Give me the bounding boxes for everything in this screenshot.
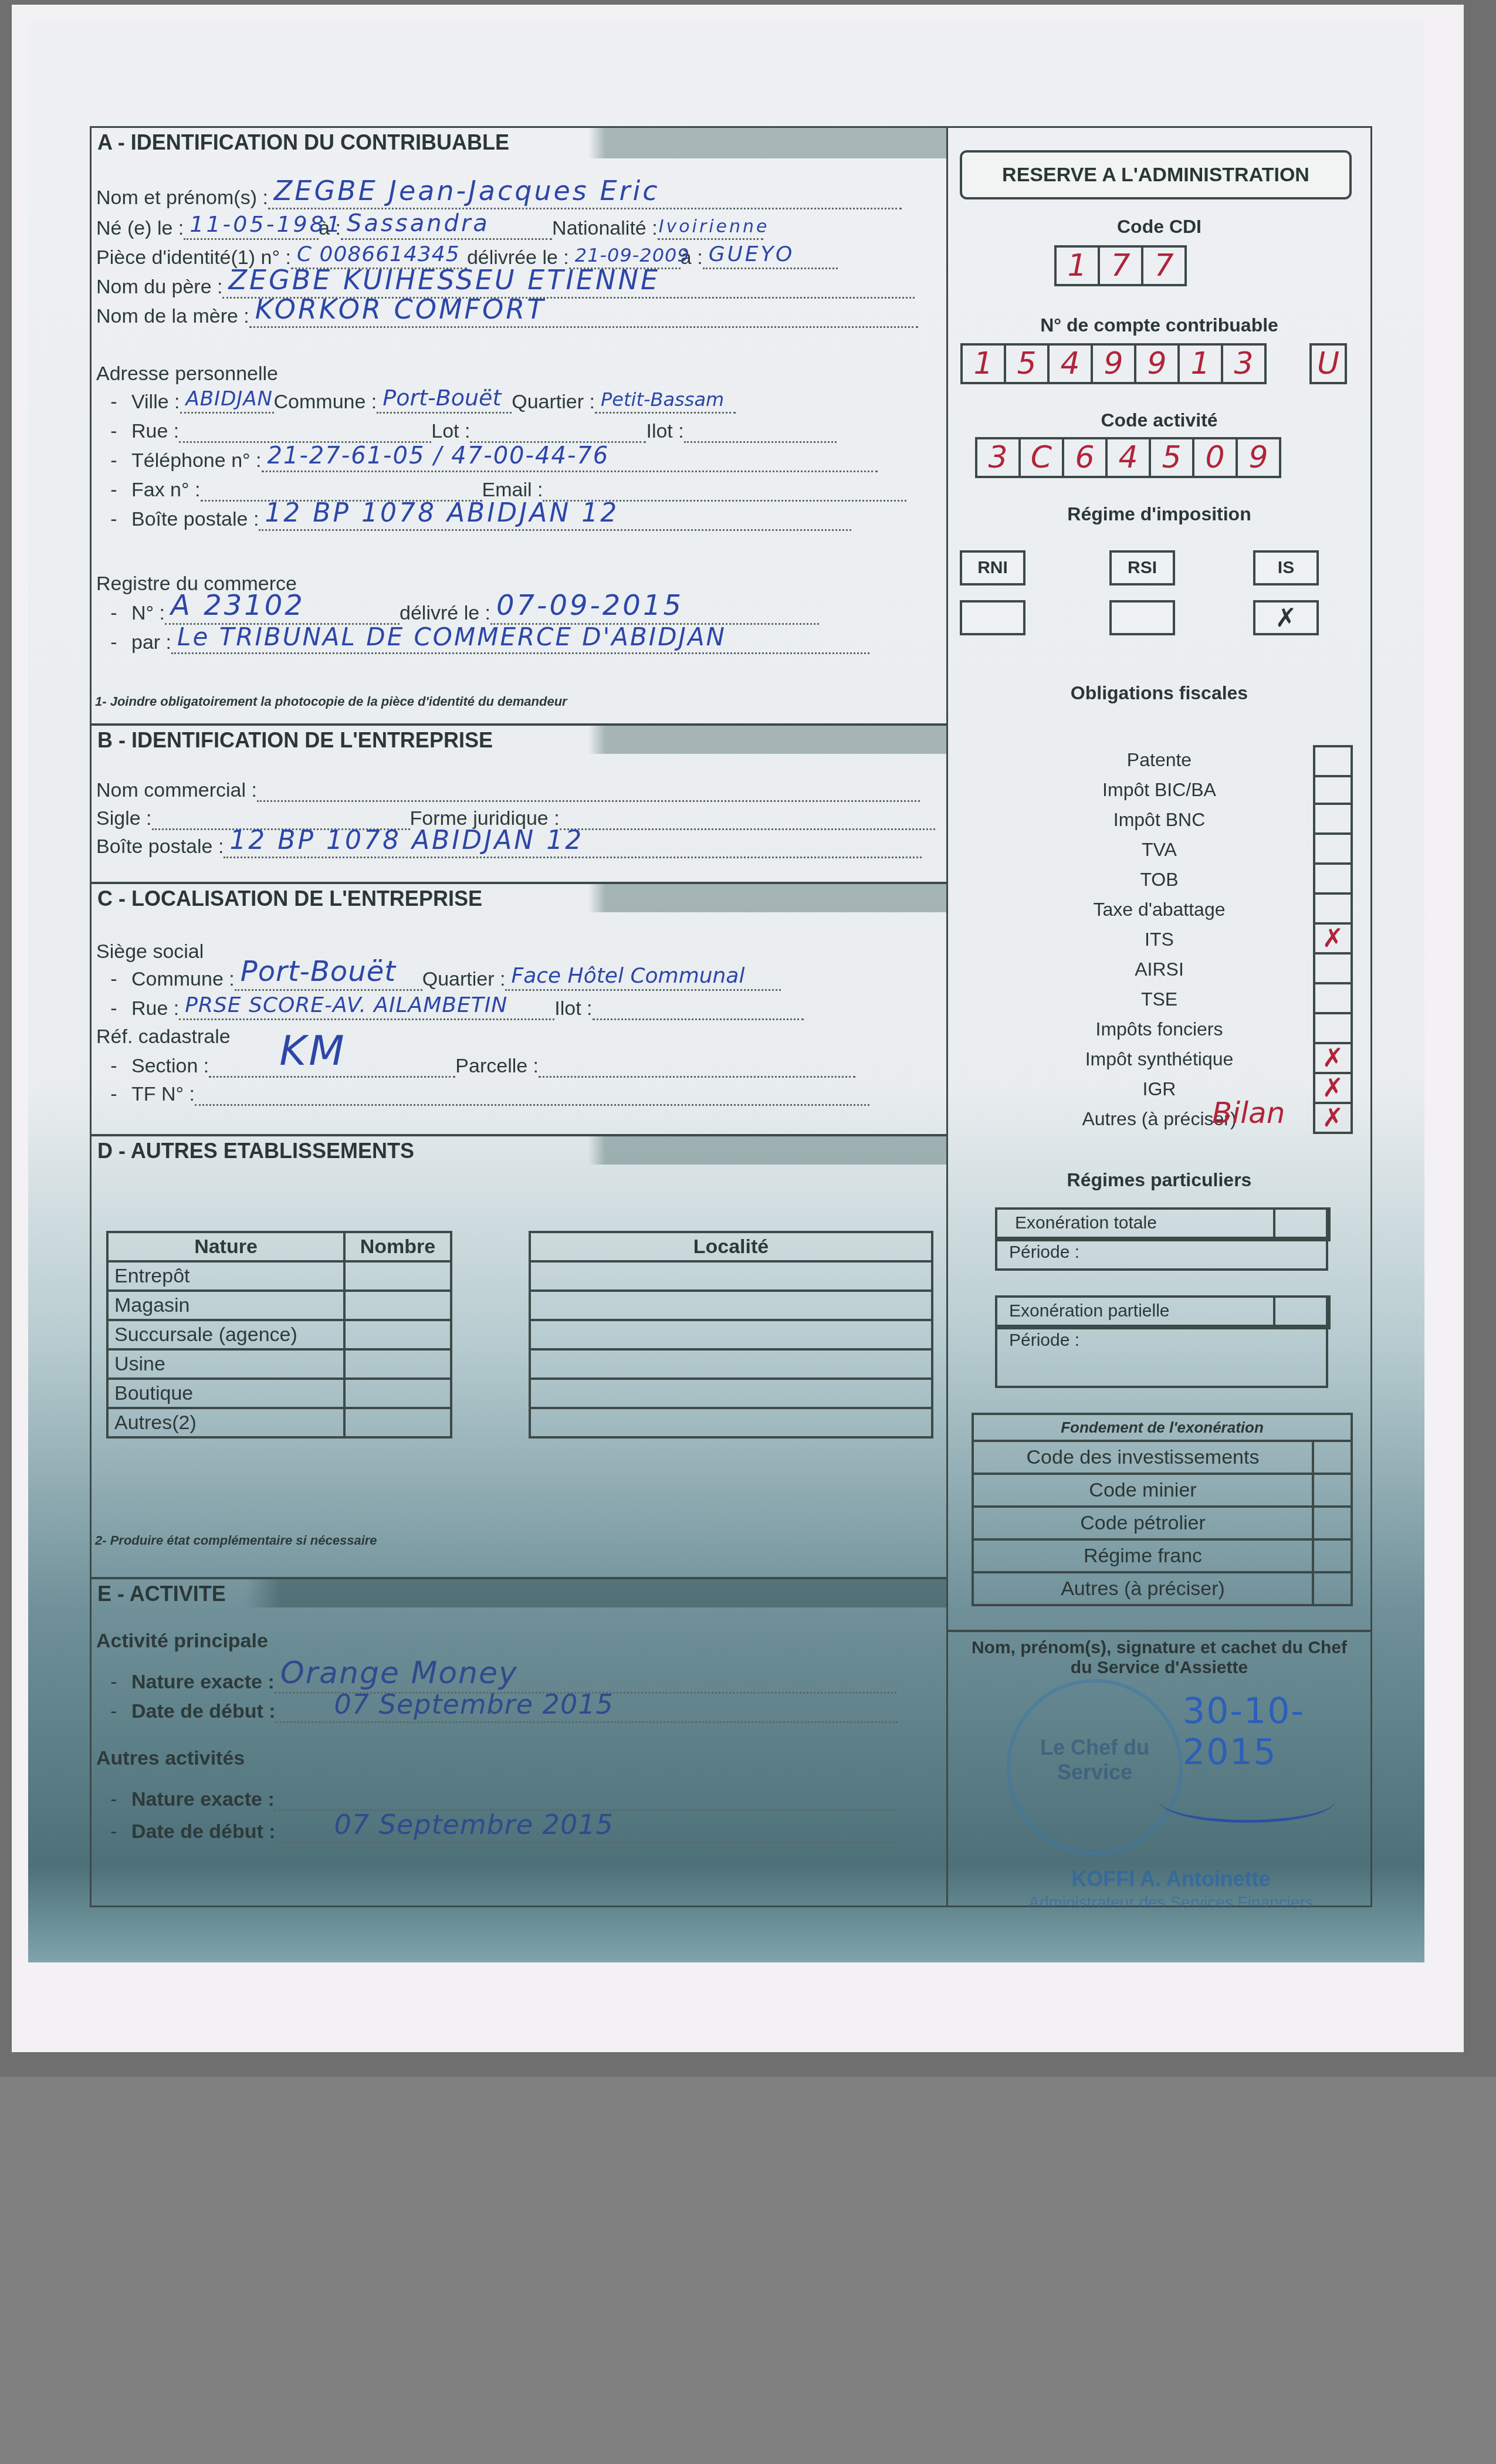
obligation-label: Impôts fonciers: [1096, 1018, 1223, 1040]
hq-commune-row: - Commune : Port-Bouët Quartier : Face H…: [96, 968, 781, 991]
hq-district-label: Quartier :: [422, 968, 506, 991]
trade-register-issuer-value: Le TRIBUNAL DE COMMERCE D'ABIDJAN: [177, 622, 726, 651]
birthdate-field[interactable]: 11-05-1981: [184, 218, 319, 240]
name-label: Nom et prénom(s) :: [96, 187, 268, 209]
birthplace-field[interactable]: Sassandra: [341, 218, 552, 240]
activity-start-row: - Date de début : 07 Septembre 2015: [96, 1700, 898, 1723]
establishment-type: Succursale (agence): [107, 1320, 344, 1349]
total-exemption-period[interactable]: Période :: [995, 1237, 1328, 1271]
mother-label: Nom de la mère :: [96, 305, 249, 328]
obligation-item: Impôt synthétique✗: [948, 1044, 1370, 1074]
obligation-item: TOB: [948, 865, 1370, 895]
company-po-box-field[interactable]: 12 BP 1078 ABIDJAN 12: [224, 837, 922, 858]
birthdate-value: 11-05-1981: [189, 211, 343, 237]
obligation-item: Impôt BIC/BA: [948, 775, 1370, 805]
activity-code-char-0[interactable]: 3: [975, 437, 1021, 478]
activity-code-char-2[interactable]: 6: [1062, 437, 1108, 478]
trade-name-label: Nom commercial :: [96, 779, 257, 802]
establishment-type: Autres(2): [107, 1408, 344, 1437]
city-field[interactable]: ABIDJAN: [180, 392, 274, 414]
establishment-type: Boutique: [107, 1379, 344, 1408]
establishment-count-cell[interactable]: [344, 1261, 451, 1291]
bullet: -: [96, 1083, 131, 1106]
father-value: ZEGBE KUIHESSEU ETIENNE: [228, 264, 660, 296]
account-digit-1[interactable]: 5: [1004, 343, 1050, 384]
cadastral-heading: Réf. cadastrale: [96, 1025, 231, 1048]
trade-register-date-label: délivré le :: [400, 602, 490, 625]
bullet: -: [96, 602, 131, 625]
fax-label: Fax n° :: [131, 479, 201, 502]
po-box-field[interactable]: 12 BP 1078 ABIDJAN 12: [259, 509, 851, 531]
obligation-item: Taxe d'abattage: [948, 895, 1370, 925]
locality-row: [530, 1320, 932, 1349]
bullet: -: [96, 968, 131, 991]
cadastral-section-value: KM: [279, 1027, 346, 1075]
hq-commune-value: Port-Bouët: [241, 955, 396, 988]
other-nature-row: - Nature exacte :: [96, 1788, 896, 1811]
locality-cell[interactable]: [530, 1261, 932, 1291]
obligation-item: TVA: [948, 835, 1370, 865]
col-nature: Nature: [107, 1232, 344, 1261]
obligation-label: ITS: [1145, 929, 1174, 950]
trade-register-date-value: 07-09-2015: [496, 589, 683, 622]
cdi-digit-2[interactable]: 7: [1141, 245, 1187, 286]
activity-code-char-1[interactable]: C: [1018, 437, 1064, 478]
hq-district-field[interactable]: Face Hôtel Communal: [505, 969, 781, 991]
cdi-digit-0[interactable]: 1: [1054, 245, 1100, 286]
other-start-row: - Date de début : 07 Septembre 2015: [96, 1820, 898, 1843]
establishment-row: Entrepôt: [107, 1261, 451, 1291]
exemption-basis-label: Code pétrolier: [973, 1507, 1313, 1539]
activity-start-field[interactable]: 07 Septembre 2015: [276, 1701, 898, 1723]
obligation-checkbox[interactable]: [1313, 1014, 1353, 1044]
establishment-count-cell[interactable]: [344, 1320, 451, 1349]
company-po-box-label: Boîte postale :: [96, 835, 224, 858]
account-digit-6[interactable]: 3: [1221, 343, 1267, 384]
taxpayer-account-label: N° de compte contribuable: [948, 314, 1370, 336]
locality-cell[interactable]: [530, 1320, 932, 1349]
account-digit-3[interactable]: 9: [1091, 343, 1136, 384]
trade-register-number-field[interactable]: A 23102: [165, 603, 400, 625]
locality-row: [530, 1379, 932, 1408]
father-label: Nom du père :: [96, 276, 222, 299]
obligation-item: Impôts fonciers: [948, 1014, 1370, 1044]
hq-ilot-label: Ilot :: [554, 997, 592, 1020]
obligation-label: Patente: [1127, 749, 1192, 770]
account-key-cell[interactable]: U: [1309, 343, 1347, 384]
district-label: Quartier :: [512, 391, 595, 414]
tf-field[interactable]: [195, 1084, 869, 1106]
acronym-label: Sigle :: [96, 807, 152, 830]
footnote-2: 2- Produire état complémentaire si néces…: [95, 1533, 377, 1548]
city-row: - Ville : ABIDJAN Commune : Port-Bouët Q…: [96, 391, 736, 414]
commune-field[interactable]: Port-Bouët: [377, 392, 512, 414]
locality-row: [530, 1349, 932, 1379]
other-start-value: 07 Septembre 2015: [334, 1809, 614, 1840]
obligation-item: IGR✗: [948, 1074, 1370, 1104]
exemption-basis-checkbox[interactable]: [1313, 1474, 1352, 1507]
activity-code-label: Code activité: [948, 409, 1370, 431]
obligation-item: TSE: [948, 984, 1370, 1014]
hq-commune-label: Commune :: [131, 968, 235, 991]
signature-block: Nom, prénom(s), signature et cachet du C…: [948, 1630, 1370, 1908]
legal-form-field[interactable]: [560, 808, 935, 830]
col-localite: Localité: [530, 1232, 932, 1261]
parcel-label: Parcelle :: [455, 1055, 539, 1078]
section-a-title: A - IDENTIFICATION DU CONTRIBUABLE: [92, 128, 948, 158]
activity-code-char-6[interactable]: 9: [1236, 437, 1281, 478]
head-office-heading: Siège social: [96, 940, 204, 963]
mother-field[interactable]: KORKOR COMFORT: [249, 306, 918, 328]
obligation-checkbox[interactable]: ✗: [1313, 925, 1353, 955]
obligation-label: Impôt BNC: [1113, 809, 1205, 830]
establishment-type: Magasin: [107, 1291, 344, 1320]
phone-row: - Téléphone n° : 21-27-61-05 / 47-00-44-…: [96, 449, 878, 472]
hq-street-label: Rue :: [131, 997, 179, 1020]
account-digit-5[interactable]: 1: [1177, 343, 1223, 384]
trade-name-field[interactable]: [257, 780, 920, 802]
establishment-row: Boutique: [107, 1379, 451, 1408]
exemption-basis-checkbox[interactable]: [1313, 1507, 1352, 1539]
phone-label: Téléphone n° :: [131, 449, 262, 472]
official-stamp: Le Chef du Service: [1007, 1679, 1183, 1855]
name-field[interactable]: ZEGBE Jean-Jacques Eric: [268, 188, 902, 209]
taxpayer-account-key: U: [1312, 343, 1347, 384]
partial-exemption-period[interactable]: Période :: [995, 1325, 1328, 1388]
stamp-text: Le Chef du Service: [1010, 1735, 1179, 1785]
locality-cell[interactable]: [530, 1349, 932, 1379]
other-nature-field[interactable]: [275, 1789, 896, 1811]
establishments-nature-table: Nature Nombre EntrepôtMagasinSuccursale …: [106, 1231, 452, 1439]
establishment-count-cell[interactable]: [344, 1408, 451, 1437]
locality-row: [530, 1291, 932, 1320]
obligation-checkbox[interactable]: [1313, 895, 1353, 925]
exemption-basis-row: Autres (à préciser): [973, 1572, 1352, 1605]
tax-obligations-label: Obligations fiscales: [948, 682, 1370, 704]
birthplace-value: Sassandra: [347, 210, 490, 237]
tf-row: - TF N° :: [96, 1083, 869, 1106]
regime-is-checkbox[interactable]: ✗: [1253, 600, 1319, 635]
bullet: -: [96, 1820, 131, 1843]
parcel-field[interactable]: [539, 1056, 855, 1078]
special-regimes-label: Régimes particuliers: [948, 1169, 1370, 1191]
exemption-basis-checkbox[interactable]: [1313, 1441, 1352, 1474]
account-digit-0[interactable]: 1: [960, 343, 1006, 384]
establishments-locality-table: Localité: [529, 1231, 933, 1439]
lot-field[interactable]: [470, 421, 646, 443]
trade-name-row: Nom commercial :: [96, 779, 920, 802]
trade-register-number-value: A 23102: [171, 589, 305, 622]
obligation-label: Impôt BIC/BA: [1102, 779, 1216, 800]
establishment-type: Entrepôt: [107, 1261, 344, 1291]
trade-register-row: - N° : A 23102 délivré le : 07-09-2015: [96, 602, 819, 625]
exemption-basis-label: Autres (à préciser): [973, 1572, 1313, 1605]
exemption-basis-checkbox[interactable]: [1313, 1539, 1352, 1572]
regime-rsi-label: RSI: [1109, 550, 1175, 585]
obligation-label: AIRSI: [1135, 959, 1184, 980]
left-column: A - IDENTIFICATION DU CONTRIBUABLE Nom e…: [90, 126, 948, 1907]
commune-label: Commune :: [274, 391, 377, 414]
tax-obligations-list: PatenteImpôt BIC/BAImpôt BNCTVATOBTaxe d…: [948, 745, 1370, 1134]
partial-exemption-label: Exonération partielle: [1009, 1301, 1170, 1321]
lot-label: Lot :: [431, 420, 470, 443]
administration-panel: RESERVE A L'ADMINISTRATION Code CDI 177 …: [946, 126, 1372, 1907]
exemption-basis-row: Régime franc: [973, 1539, 1352, 1572]
regime-rni-label: RNI: [960, 550, 1025, 585]
obligation-checkbox[interactable]: ✗: [1313, 1104, 1353, 1134]
section-c-title: C - LOCALISATION DE L'ENTREPRISE: [92, 882, 948, 912]
tf-label: TF N° :: [131, 1083, 195, 1106]
section-b-title: B - IDENTIFICATION DE L'ENTREPRISE: [92, 723, 948, 754]
activity-code-char-4[interactable]: 5: [1149, 437, 1194, 478]
exemption-basis-label: Code des investissements: [973, 1441, 1313, 1474]
trade-register-issuer-row: - par : Le TRIBUNAL DE COMMERCE D'ABIDJA…: [96, 631, 869, 654]
hq-ilot-field[interactable]: [593, 999, 804, 1020]
other-nature-label: Nature exacte :: [131, 1788, 275, 1811]
other-obligation-note: Bilan: [1212, 1096, 1285, 1130]
obligation-checkbox[interactable]: ✗: [1313, 1044, 1353, 1074]
obligation-checkbox[interactable]: [1313, 745, 1353, 777]
birthdate-label: Né (e) le :: [96, 217, 184, 240]
bullet: -: [96, 1788, 131, 1811]
activity-code-char-5[interactable]: 0: [1192, 437, 1238, 478]
exemption-basis-row: Code des investissements: [973, 1441, 1352, 1474]
bullet: -: [96, 391, 131, 414]
section-d-title: D - AUTRES ETABLISSEMENTS: [92, 1134, 948, 1165]
birth-row: Né (e) le : 11-05-1981 à : Sassandra Nat…: [96, 217, 763, 240]
company-po-box-value: 12 BP 1078 ABIDJAN 12: [229, 825, 584, 855]
bullet: -: [96, 449, 131, 472]
po-box-row: - Boîte postale : 12 BP 1078 ABIDJAN 12: [96, 508, 851, 531]
obligation-item: Impôt BNC: [948, 805, 1370, 835]
hq-commune-field[interactable]: Port-Bouët: [235, 969, 422, 991]
exemption-basis-title: Fondement de l'exonération: [973, 1414, 1352, 1441]
establishment-count-cell[interactable]: [344, 1349, 451, 1379]
obligation-item: ITS✗: [948, 925, 1370, 955]
cadastral-section-label: Section :: [131, 1055, 209, 1078]
id-value: C 0086614345: [297, 242, 460, 266]
other-start-label: Date de début :: [131, 1820, 276, 1843]
exemption-basis-label: Code minier: [973, 1474, 1313, 1507]
obligation-label: IGR: [1143, 1078, 1176, 1099]
obligation-checkbox[interactable]: [1313, 955, 1353, 984]
cadastral-section-field[interactable]: KM: [209, 1056, 455, 1078]
id-issued-value: 21-09-2009: [575, 244, 690, 266]
locality-cell[interactable]: [530, 1291, 932, 1320]
bullet: -: [96, 1671, 131, 1694]
obligation-checkbox[interactable]: [1313, 835, 1353, 865]
exemption-basis-label: Régime franc: [973, 1539, 1313, 1572]
po-box-value: 12 BP 1078 ABIDJAN 12: [265, 498, 619, 528]
bullet: -: [96, 479, 131, 502]
activity-code-char-3[interactable]: 4: [1105, 437, 1151, 478]
hq-street-field[interactable]: PRSE SCORE-AV. AILAMBETIN: [179, 999, 554, 1020]
obligation-label: TOB: [1140, 869, 1178, 890]
section-e-title: E - ACTIVITE: [92, 1577, 948, 1607]
establishment-count-cell[interactable]: [344, 1291, 451, 1320]
street-row: - Rue : Lot : Ilot :: [96, 420, 837, 443]
bullet: -: [96, 508, 131, 531]
city-value: ABIDJAN: [186, 387, 273, 411]
locality-row: [530, 1408, 932, 1437]
id-place-value: GUEYO: [709, 242, 795, 266]
obligation-label: TSE: [1141, 989, 1177, 1010]
cdi-code-label: Code CDI: [948, 216, 1370, 238]
nationality-label: Nationalité :: [552, 217, 658, 240]
phone-value: 21-27-61-05 / 47-00-44-76: [268, 442, 610, 469]
obligation-checkbox[interactable]: [1313, 865, 1353, 895]
establishment-type: Usine: [107, 1349, 344, 1379]
mother-row: Nom de la mère : KORKOR COMFORT: [96, 305, 918, 328]
trade-register-issuer-field[interactable]: Le TRIBUNAL DE COMMERCE D'ABIDJAN: [171, 632, 869, 654]
phone-field[interactable]: 21-27-61-05 / 47-00-44-76: [262, 451, 878, 472]
obligation-checkbox[interactable]: [1313, 805, 1353, 835]
regime-rni-checkbox[interactable]: [960, 600, 1025, 635]
commune-value: Port-Bouët: [383, 385, 501, 411]
period-label-2: Période :: [1009, 1331, 1079, 1351]
tax-declaration-form: A - IDENTIFICATION DU CONTRIBUABLE Nom e…: [28, 21, 1424, 1962]
activity-nature-label: Nature exacte :: [131, 1671, 275, 1694]
taxpayer-account-boxes: 1549913: [963, 343, 1267, 384]
signature-label: Nom, prénom(s), signature et cachet du C…: [948, 1638, 1370, 1678]
ilot-label: Ilot :: [646, 420, 683, 443]
activity-code-boxes: 3C64509: [977, 437, 1281, 478]
activity-nature-value: Orange Money: [280, 1656, 518, 1691]
exemption-basis-table: Fondement de l'exonération Code des inve…: [972, 1413, 1353, 1606]
po-box-label: Boîte postale :: [131, 508, 259, 531]
establishment-row: Magasin: [107, 1291, 451, 1320]
id-place-field[interactable]: GUEYO: [703, 248, 838, 269]
account-digit-4[interactable]: 9: [1134, 343, 1180, 384]
regime-is-label: IS: [1253, 550, 1319, 585]
tax-regime-label: Régime d'imposition: [948, 503, 1370, 525]
main-activity-heading: Activité principale: [96, 1630, 268, 1653]
street-label: Rue :: [131, 420, 179, 443]
other-start-field[interactable]: 07 Septembre 2015: [276, 1822, 898, 1843]
cdi-code-boxes: 177: [1057, 245, 1187, 286]
company-po-box-row: Boîte postale : 12 BP 1078 ABIDJAN 12: [96, 835, 922, 858]
mother-value: KORKOR COMFORT: [255, 293, 546, 325]
exemption-basis-row: Code pétrolier: [973, 1507, 1352, 1539]
hq-street-value: PRSE SCORE-AV. AILAMBETIN: [185, 993, 507, 1017]
signature-scribble: [1159, 1779, 1335, 1823]
hq-street-row: - Rue : PRSE SCORE-AV. AILAMBETIN Ilot :: [96, 997, 804, 1020]
nationality-field[interactable]: Ivoirienne: [658, 218, 763, 240]
establishment-row: Succursale (agence): [107, 1320, 451, 1349]
exemption-basis-row: Code minier: [973, 1474, 1352, 1507]
trade-register-date-field[interactable]: 07-09-2015: [490, 603, 819, 625]
establishment-row: Usine: [107, 1349, 451, 1379]
period-label: Période :: [1009, 1243, 1079, 1263]
obligation-checkbox[interactable]: [1313, 775, 1353, 805]
stamp-title: Administrateur des Services Financiers: [972, 1893, 1370, 1912]
signature-date: 30-10-2015: [1183, 1691, 1370, 1773]
administration-title: RESERVE A L'ADMINISTRATION: [960, 150, 1352, 199]
obligation-label: Impôt synthétique: [1085, 1048, 1234, 1069]
obligation-label: TVA: [1142, 839, 1177, 860]
bullet: -: [96, 631, 131, 654]
locality-cell[interactable]: [530, 1379, 932, 1408]
bullet: -: [96, 997, 131, 1020]
obligation-item: Patente: [948, 745, 1370, 775]
stamp-name: KOFFI A. Antoinette: [972, 1867, 1370, 1891]
bullet: -: [96, 1700, 131, 1723]
total-exemption-label: Exonération totale: [1015, 1213, 1157, 1233]
bullet: -: [96, 420, 131, 443]
cdi-digit-1[interactable]: 7: [1098, 245, 1143, 286]
cadastral-section-row: - Section : KM Parcelle :: [96, 1055, 855, 1078]
ilot-field[interactable]: [684, 421, 837, 443]
obligation-label: Taxe d'abattage: [1094, 899, 1226, 920]
exemption-basis-checkbox[interactable]: [1313, 1572, 1352, 1605]
district-field[interactable]: Petit-Bassam: [595, 392, 736, 414]
obligation-checkbox[interactable]: ✗: [1313, 1074, 1353, 1104]
other-activities-heading: Autres activités: [96, 1747, 245, 1770]
footnote-1: 1- Joindre obligatoirement la photocopie…: [95, 694, 567, 709]
name-value: ZEGBE Jean-Jacques Eric: [274, 175, 660, 207]
account-digit-2[interactable]: 4: [1047, 343, 1093, 384]
obligation-item: AIRSI: [948, 955, 1370, 984]
regime-rsi-checkbox[interactable]: [1109, 600, 1175, 635]
district-value: Petit-Bassam: [601, 388, 724, 411]
bullet: -: [96, 1055, 131, 1078]
locality-cell[interactable]: [530, 1408, 932, 1437]
activity-start-label: Date de début :: [131, 1700, 276, 1723]
trade-register-number-label: N° :: [131, 602, 165, 625]
obligation-item: Autres (à préciser)✗: [948, 1104, 1370, 1134]
obligation-checkbox[interactable]: [1313, 984, 1353, 1014]
nationality-value: Ivoirienne: [659, 216, 770, 237]
hq-district-value: Face Hôtel Communal: [511, 964, 744, 988]
establishment-count-cell[interactable]: [344, 1379, 451, 1408]
col-nombre: Nombre: [344, 1232, 451, 1261]
activity-start-value: 07 Septembre 2015: [334, 1688, 614, 1720]
address-heading: Adresse personnelle: [96, 363, 278, 385]
city-label: Ville :: [131, 391, 180, 414]
trade-register-issuer-label: par :: [131, 631, 171, 654]
name-row: Nom et prénom(s) : ZEGBE Jean-Jacques Er…: [96, 187, 902, 209]
establishment-row: Autres(2): [107, 1408, 451, 1437]
locality-row: [530, 1261, 932, 1291]
street-field[interactable]: [179, 421, 431, 443]
